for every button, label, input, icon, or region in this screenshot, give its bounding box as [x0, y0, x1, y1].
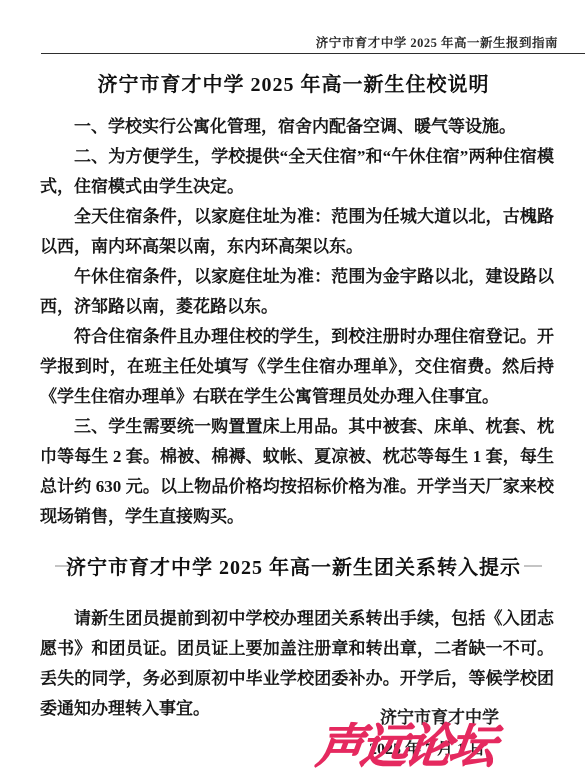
shengyuan-forum-watermark-logo: 声远论坛 [313, 709, 497, 768]
section2-title: 济宁市育才中学 2025 年高一新生团关系转入提示 [0, 551, 587, 580]
paragraph: 三、学生需要统一购置置床上用品。其中被套、床单、枕套、枕巾等每生 2 套。棉被、… [40, 412, 554, 532]
paragraph: 午休住宿条件，以家庭住址为准：范围为金宇路以北，建设路以西，济邹路以南，菱花路以… [40, 262, 554, 322]
header-rule [41, 53, 585, 54]
paragraph: 二、为方便学生，学校提供“全天住宿”和“午休住宿”两种住宿模式，住宿模式由学生决… [40, 142, 554, 202]
paragraph: 符合住宿条件且办理住校的学生，到校注册时办理住宿登记。开学报到时，在班主任处填写… [40, 322, 554, 412]
section1-title: 济宁市育才中学 2025 年高一新生住校说明 [0, 68, 587, 97]
page-header-note: 济宁市育才中学 2025 年高一新生报到指南 [316, 33, 558, 51]
scan-artifact-dash-right [524, 565, 542, 567]
paragraph: 一、学校实行公寓化管理，宿舍内配备空调、暖气等设施。 [40, 112, 554, 142]
section1-body: 一、学校实行公寓化管理，宿舍内配备空调、暖气等设施。 二、为方便学生，学校提供“… [40, 112, 554, 532]
document-page: 济宁市育才中学 2025 年高一新生报到指南 济宁市育才中学 2025 年高一新… [0, 0, 587, 768]
paragraph: 全天住宿条件，以家庭住址为准：范围为任城大道以北，古槐路以西，南内环高架以南，东… [40, 202, 554, 262]
